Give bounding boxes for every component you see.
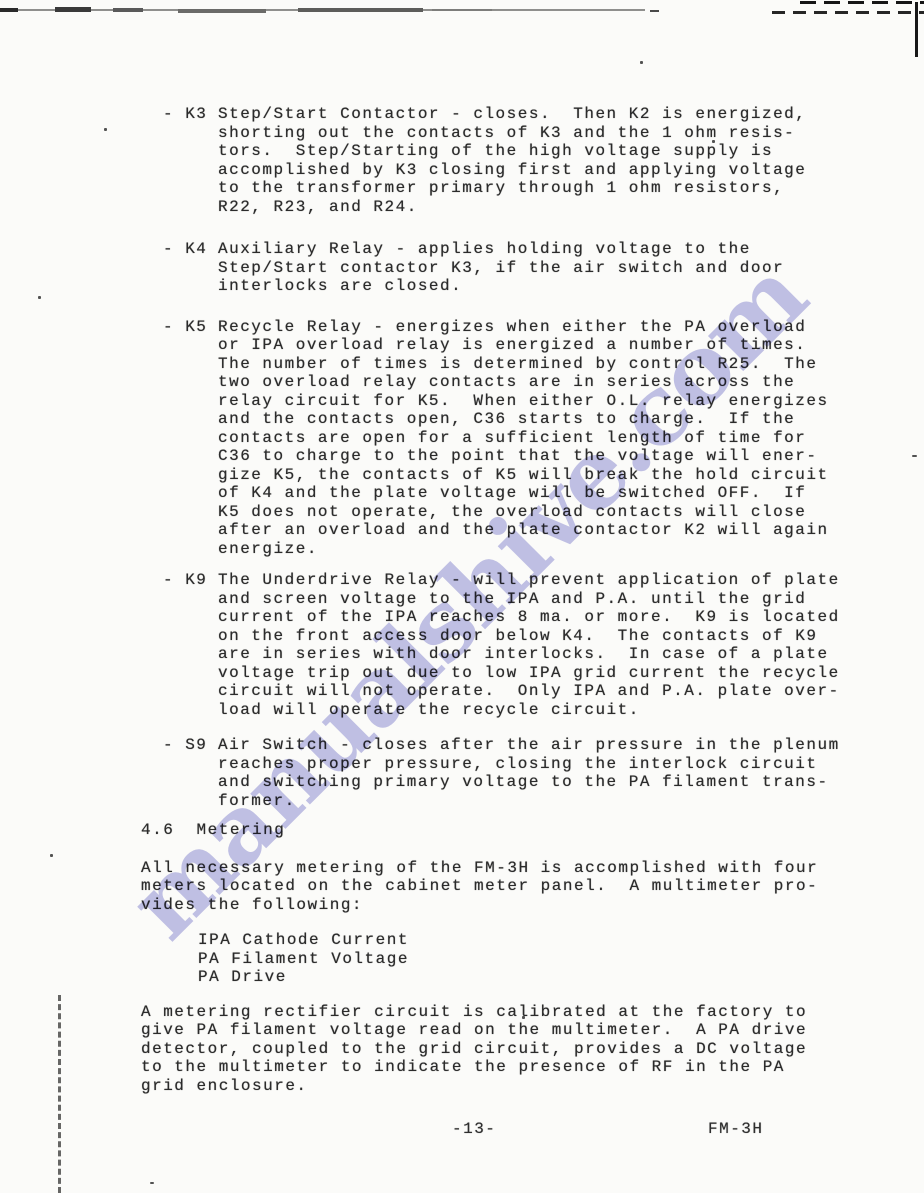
text-line: relay circuit for K5. When either O.L. r… bbox=[218, 392, 881, 411]
section-lines: Air Switch - closes after the air pressu… bbox=[141, 736, 881, 810]
text-line: and the contacts open, C36 starts to cha… bbox=[218, 410, 881, 429]
text-line: reaches proper pressure, closing the int… bbox=[218, 755, 881, 774]
document-body: - K3Step/Start Contactor - closes. Then … bbox=[141, 105, 881, 1095]
text-line: gize K5, the contacts of K5 will break t… bbox=[218, 466, 881, 485]
text-line: vides the following: bbox=[141, 896, 881, 915]
text-line: and screen voltage to the IPA and P.A. u… bbox=[218, 590, 881, 609]
text-line: The number of times is determined by con… bbox=[218, 355, 881, 374]
text-line: give PA filament voltage read on the mul… bbox=[141, 1021, 881, 1040]
bullet-marker-k4: - K4 bbox=[163, 240, 207, 259]
section-lines: Recycle Relay - energizes when either th… bbox=[141, 318, 881, 559]
text-line: contacts are open for a sufficient lengt… bbox=[218, 429, 881, 448]
section-metering-heading: 4.6 Metering bbox=[141, 821, 881, 840]
scan-artifact-left-dashed-line bbox=[58, 995, 61, 1193]
bullet-marker-k3: - K3 bbox=[163, 105, 207, 124]
text-line: are in series with door interlocks. In c… bbox=[218, 645, 881, 664]
text-line: detector, coupled to the grid circuit, p… bbox=[141, 1040, 881, 1059]
text-line: former. bbox=[218, 792, 881, 811]
section-metering-intro: All necessary metering of the FM-3H is a… bbox=[141, 859, 881, 915]
text-line: IPA Cathode Current bbox=[198, 931, 881, 950]
text-line: accomplished by K3 closing first and app… bbox=[218, 161, 881, 180]
section-k9: - K9The Underdrive Relay - will prevent … bbox=[141, 571, 881, 719]
text-line: of K4 and the plate voltage will be swit… bbox=[218, 484, 881, 503]
text-line: load will operate the recycle circuit. bbox=[218, 701, 881, 720]
text-line: two overload relay contacts are in serie… bbox=[218, 373, 881, 392]
section-lines: All necessary metering of the FM-3H is a… bbox=[141, 859, 881, 915]
scan-artifact-top-segment bbox=[298, 8, 423, 12]
section-s9: - S9Air Switch - closes after the air pr… bbox=[141, 736, 881, 810]
scan-artifact-right-edge-line bbox=[915, 2, 918, 57]
page-number: -13- bbox=[452, 1120, 496, 1138]
scan-artifact-top-segment bbox=[55, 7, 91, 12]
text-line: shorting out the contacts of K3 and the … bbox=[218, 124, 881, 143]
text-line: R22, R23, and R24. bbox=[218, 198, 881, 217]
text-line: A metering rectifier circuit is calibrat… bbox=[141, 1003, 881, 1022]
text-line: circuit will not operate. Only IPA and P… bbox=[218, 682, 881, 701]
text-line: to the multimeter to indicate the presen… bbox=[141, 1058, 881, 1077]
section-lines: Step/Start Contactor - closes. Then K2 i… bbox=[141, 105, 881, 216]
scan-speck bbox=[38, 296, 41, 299]
text-line: 4.6 Metering bbox=[141, 821, 881, 840]
section-lines: Auxiliary Relay - applies holding voltag… bbox=[141, 240, 881, 296]
scan-artifact-top-segment bbox=[178, 9, 266, 13]
text-line: tors. Step/Starting of the high voltage … bbox=[218, 142, 881, 161]
text-line: Air Switch - closes after the air pressu… bbox=[218, 736, 881, 755]
scan-speck bbox=[912, 455, 917, 457]
scan-speck bbox=[104, 128, 107, 131]
text-line: to the transformer primary through 1 ohm… bbox=[218, 179, 881, 198]
section-lines: A metering rectifier circuit is calibrat… bbox=[141, 1003, 881, 1096]
bullet-marker-s9: - S9 bbox=[163, 736, 207, 755]
bullet-marker-k9: - K9 bbox=[163, 571, 207, 590]
scan-speck bbox=[50, 854, 53, 857]
text-line: Step/Start Contactor - closes. Then K2 i… bbox=[218, 105, 881, 124]
text-line: All necessary metering of the FM-3H is a… bbox=[141, 859, 881, 878]
scan-artifact-top-segment bbox=[0, 8, 18, 12]
scan-speck bbox=[150, 1182, 154, 1184]
scan-artifact-top-segment bbox=[432, 9, 492, 11]
section-metering-detail: A metering rectifier circuit is calibrat… bbox=[141, 1003, 881, 1096]
scan-artifact-top-right-dashes bbox=[800, 1, 924, 4]
text-line: meters located on the cabinet meter pane… bbox=[141, 877, 881, 896]
scan-artifact-top-line bbox=[0, 9, 645, 11]
section-lines: The Underdrive Relay - will prevent appl… bbox=[141, 571, 881, 719]
scanned-page: - K3Step/Start Contactor - closes. Then … bbox=[0, 0, 924, 1193]
text-line: interlocks are closed. bbox=[218, 277, 881, 296]
text-line: PA Filament Voltage bbox=[198, 950, 881, 969]
text-line: or IPA overload relay is energized a num… bbox=[218, 336, 881, 355]
bullet-marker-k5: - K5 bbox=[163, 318, 207, 337]
section-lines: IPA Cathode CurrentPA Filament VoltagePA… bbox=[141, 931, 881, 987]
section-multimeter-list: IPA Cathode CurrentPA Filament VoltagePA… bbox=[141, 931, 881, 987]
text-line: on the front access door below K4. The c… bbox=[218, 627, 881, 646]
scan-artifact-top-segment bbox=[650, 10, 659, 12]
text-line: current of the IPA reaches 8 ma. or more… bbox=[218, 608, 881, 627]
text-line: C36 to charge to the point that the volt… bbox=[218, 447, 881, 466]
text-line: Step/Start contactor K3, if the air swit… bbox=[218, 259, 881, 278]
scan-artifact-top-right-dashes bbox=[772, 11, 924, 14]
text-line: and switching primary voltage to the PA … bbox=[218, 773, 881, 792]
text-line: voltage trip out due to low IPA grid cur… bbox=[218, 664, 881, 683]
text-line: energize. bbox=[218, 540, 881, 559]
section-lines: 4.6 Metering bbox=[141, 821, 881, 840]
text-line: Auxiliary Relay - applies holding voltag… bbox=[218, 240, 881, 259]
scan-speck bbox=[640, 61, 643, 64]
text-line: PA Drive bbox=[198, 968, 881, 987]
section-k3: - K3Step/Start Contactor - closes. Then … bbox=[141, 105, 881, 216]
text-line: K5 does not operate, the overload contac… bbox=[218, 503, 881, 522]
scan-artifact-top-segment bbox=[113, 8, 143, 12]
section-k4: - K4Auxiliary Relay - applies holding vo… bbox=[141, 240, 881, 296]
text-line: after an overload and the plate contacto… bbox=[218, 521, 881, 540]
text-line: grid enclosure. bbox=[141, 1077, 881, 1096]
section-k5: - K5Recycle Relay - energizes when eithe… bbox=[141, 318, 881, 559]
text-line: Recycle Relay - energizes when either th… bbox=[218, 318, 881, 337]
text-line: The Underdrive Relay - will prevent appl… bbox=[218, 571, 881, 590]
document-reference: FM-3H bbox=[708, 1120, 764, 1138]
